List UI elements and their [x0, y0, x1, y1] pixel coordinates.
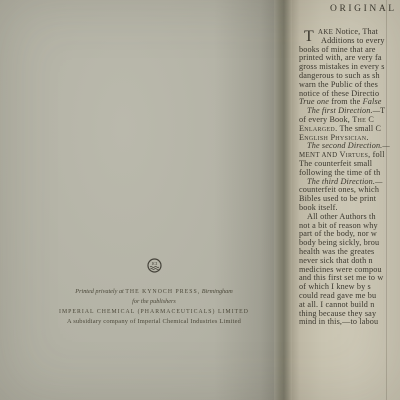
ici-letters: ICI: [151, 261, 157, 266]
text-line: A subsidiary company of Imperial Chemica…: [32, 318, 276, 325]
text-line: mind in this,—to labou: [299, 318, 400, 327]
right-page: ORIGINAL E T AKE Notice, ThatAdditions t…: [292, 0, 400, 400]
ici-roundel-logo: ICI: [147, 258, 162, 273]
body-text: T AKE Notice, ThatAdditions to everybook…: [299, 28, 400, 327]
text-line: IMPERIAL CHEMICAL (PHARMACEUTICALS) LIMI…: [32, 308, 276, 315]
text-line: for the publishers: [32, 298, 276, 305]
left-page: ICI Printed privately at THE KYNOCH PRES…: [0, 0, 274, 400]
drop-cap: T: [304, 28, 314, 45]
colophon-text: Printed privately at THE KYNOCH PRESS, B…: [32, 288, 276, 325]
running-header: ORIGINAL E: [330, 4, 400, 14]
open-book-photo: ICI Printed privately at THE KYNOCH PRES…: [0, 0, 400, 400]
book-gutter-fold: [274, 0, 292, 400]
emblem-wrap: ICI: [32, 258, 276, 273]
colophon: ICI Printed privately at THE KYNOCH PRES…: [32, 258, 276, 325]
text-line: Printed privately at THE KYNOCH PRESS, B…: [32, 288, 276, 295]
